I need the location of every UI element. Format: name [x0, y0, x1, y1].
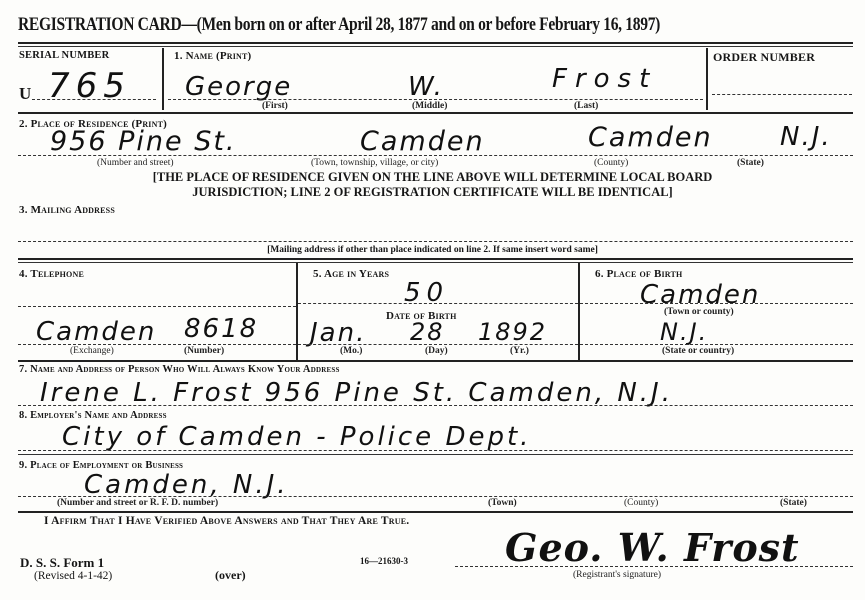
telephone-line	[18, 344, 296, 345]
employer-line	[18, 450, 853, 451]
residence-street-value[interactable]: 956 Pine St.	[50, 126, 237, 157]
title-rule	[18, 42, 853, 44]
serial-divider	[162, 48, 164, 110]
residence-town-value[interactable]: Camden	[360, 126, 485, 157]
signature-caption: (Registrant's signature)	[573, 570, 661, 580]
serial-number-label: SERIAL NUMBER	[19, 50, 109, 61]
last-caption: (Last)	[574, 101, 598, 111]
row3-rule-2	[18, 262, 853, 263]
title-rule-2	[18, 46, 853, 47]
number-caption: (Number)	[184, 346, 224, 356]
over-note: (over)	[215, 568, 246, 583]
card-title: REGISTRATION CARD—(Men born on or after …	[18, 14, 660, 36]
employment-town-caption: (Town)	[488, 498, 517, 508]
street-caption: (Number and street)	[97, 158, 174, 168]
affirmation-text: I Affirm That I Have Verified Above Answ…	[44, 515, 409, 527]
birth-town-line	[580, 303, 853, 304]
birth-state-value[interactable]: N.J.	[660, 318, 708, 346]
order-number-field[interactable]	[712, 94, 852, 95]
registrant-signature[interactable]: Geo. W. Frost	[505, 525, 800, 570]
birth-state-line	[580, 344, 853, 345]
residence-notice-line1: [THE PLACE OF RESIDENCE GIVEN ON THE LIN…	[0, 170, 865, 185]
name-label: 1. Name (Print)	[174, 50, 251, 62]
signature-line	[455, 566, 853, 567]
day-caption: (Day)	[425, 346, 448, 356]
county-caption: (County)	[594, 158, 628, 168]
serial-prefix: U	[19, 84, 31, 104]
contact-person-label: 7. Name and Address of Person Who Will A…	[19, 364, 340, 375]
birth-town-caption: (Town or county)	[664, 307, 734, 317]
serial-line	[32, 99, 156, 100]
state-caption: (State)	[737, 158, 764, 168]
employer-value[interactable]: City of Camden - Police Dept.	[62, 422, 531, 452]
employment-state-caption: (State)	[780, 498, 807, 508]
birth-day-value[interactable]: 28	[410, 318, 445, 346]
last-name-value[interactable]: Frost	[552, 64, 657, 94]
name-line	[168, 99, 703, 100]
telephone-exchange-value[interactable]: Camden	[36, 317, 156, 347]
employer-label: 8. Employer's Name and Address	[19, 410, 167, 421]
order-number-label: ORDER NUMBER	[713, 50, 815, 65]
tel-divider	[296, 263, 298, 360]
birth-year-value[interactable]: 1892	[478, 318, 547, 346]
dob-line	[298, 344, 578, 345]
middle-caption: (Middle)	[412, 101, 447, 111]
age-label: 5. Age in Years	[313, 268, 389, 280]
form-code: 16—21630-3	[360, 556, 408, 566]
age-divider	[578, 263, 580, 360]
town-caption: (Town, township, village, or city)	[311, 158, 438, 168]
telephone-number-value[interactable]: 8618	[184, 314, 258, 344]
residence-notice-line2: JURISDICTION; LINE 2 OF REGISTRATION CER…	[0, 185, 865, 200]
age-line	[298, 303, 578, 304]
employment-line	[18, 496, 853, 497]
birth-town-value[interactable]: Camden	[640, 280, 760, 310]
row4-rule	[18, 360, 853, 362]
employment-county-caption: (County)	[624, 498, 658, 508]
mailing-caption: [Mailing address if other than place ind…	[0, 245, 865, 255]
month-caption: (Mo.)	[340, 346, 362, 356]
form-revised: (Revised 4-1-42)	[34, 570, 112, 582]
mailing-address-label: 3. Mailing Address	[19, 204, 115, 216]
birth-state-caption: (State or country)	[662, 346, 734, 356]
year-caption: (Yr.)	[510, 346, 529, 356]
residence-state-value[interactable]: N.J.	[780, 122, 832, 152]
middle-name-value[interactable]: W.	[408, 72, 444, 102]
mailing-address-field[interactable]	[18, 241, 853, 242]
telephone-line-top	[18, 306, 296, 307]
row1-rule	[18, 112, 853, 114]
row3-rule	[18, 258, 853, 260]
place-of-birth-label: 6. Place of Birth	[595, 268, 682, 280]
contact-line	[18, 405, 853, 406]
residence-line	[18, 155, 853, 156]
employment-street-caption: (Number and street or R. F. D. number)	[57, 498, 218, 508]
telephone-label: 4. Telephone	[19, 268, 84, 280]
residence-county-value[interactable]: Camden	[588, 122, 713, 153]
serial-number-value[interactable]: 765	[48, 66, 131, 106]
first-caption: (First)	[262, 101, 288, 111]
row9-rule	[18, 511, 853, 513]
form-name: D. S. S. Form 1	[20, 555, 104, 571]
exchange-caption: (Exchange)	[70, 346, 114, 356]
order-divider	[706, 48, 708, 110]
first-name-value[interactable]: George	[185, 72, 292, 102]
contact-person-value[interactable]: Irene L. Frost 956 Pine St. Camden, N.J.	[40, 378, 673, 408]
row8-rule	[18, 454, 853, 455]
